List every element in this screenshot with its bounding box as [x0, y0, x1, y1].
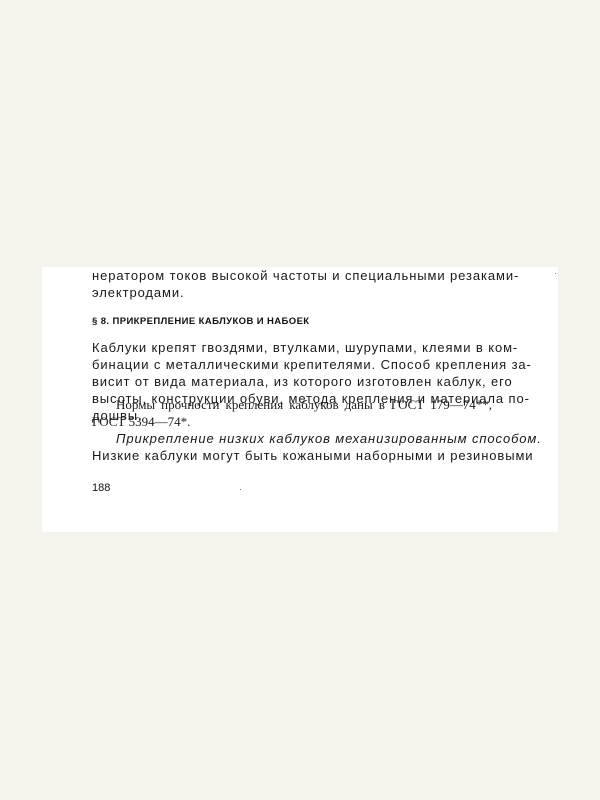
- scan-speck: [240, 489, 241, 490]
- text-line: ГОСТ 5394—74*.: [92, 413, 492, 430]
- text-line: Каблуки крепят гвоздями, втулками, шуруп…: [92, 339, 492, 356]
- italic-lead-line: Прикрепление низких каблуков механизиров…: [92, 430, 492, 447]
- text-line: Низкие каблуки могут быть кожаными набор…: [92, 447, 492, 464]
- text-line: бинации с металлическими крепителями. Сп…: [92, 356, 492, 373]
- paragraph-gost-norms: Нормы прочности крепления каблуков даны …: [92, 396, 492, 430]
- text-line: нератором токов высокой частоты и специа…: [92, 267, 492, 284]
- page-number: 188: [92, 480, 110, 497]
- document-page: нератором токов высокой частоты и специа…: [42, 267, 558, 532]
- section-heading: § 8. ПРИКРЕПЛЕНИЕ КАБЛУКОВ И НАБОЕК: [92, 313, 310, 330]
- text-line: электродами.: [92, 284, 492, 301]
- paragraph-low-heels: Прикрепление низких каблуков механизиров…: [92, 430, 492, 464]
- continuation-text: нератором токов высокой частоты и специа…: [92, 267, 492, 301]
- text-line: висит от вида материала, из которого изг…: [92, 373, 492, 390]
- text-line: Нормы прочности крепления каблуков даны …: [92, 396, 492, 413]
- scan-speck: [555, 273, 556, 274]
